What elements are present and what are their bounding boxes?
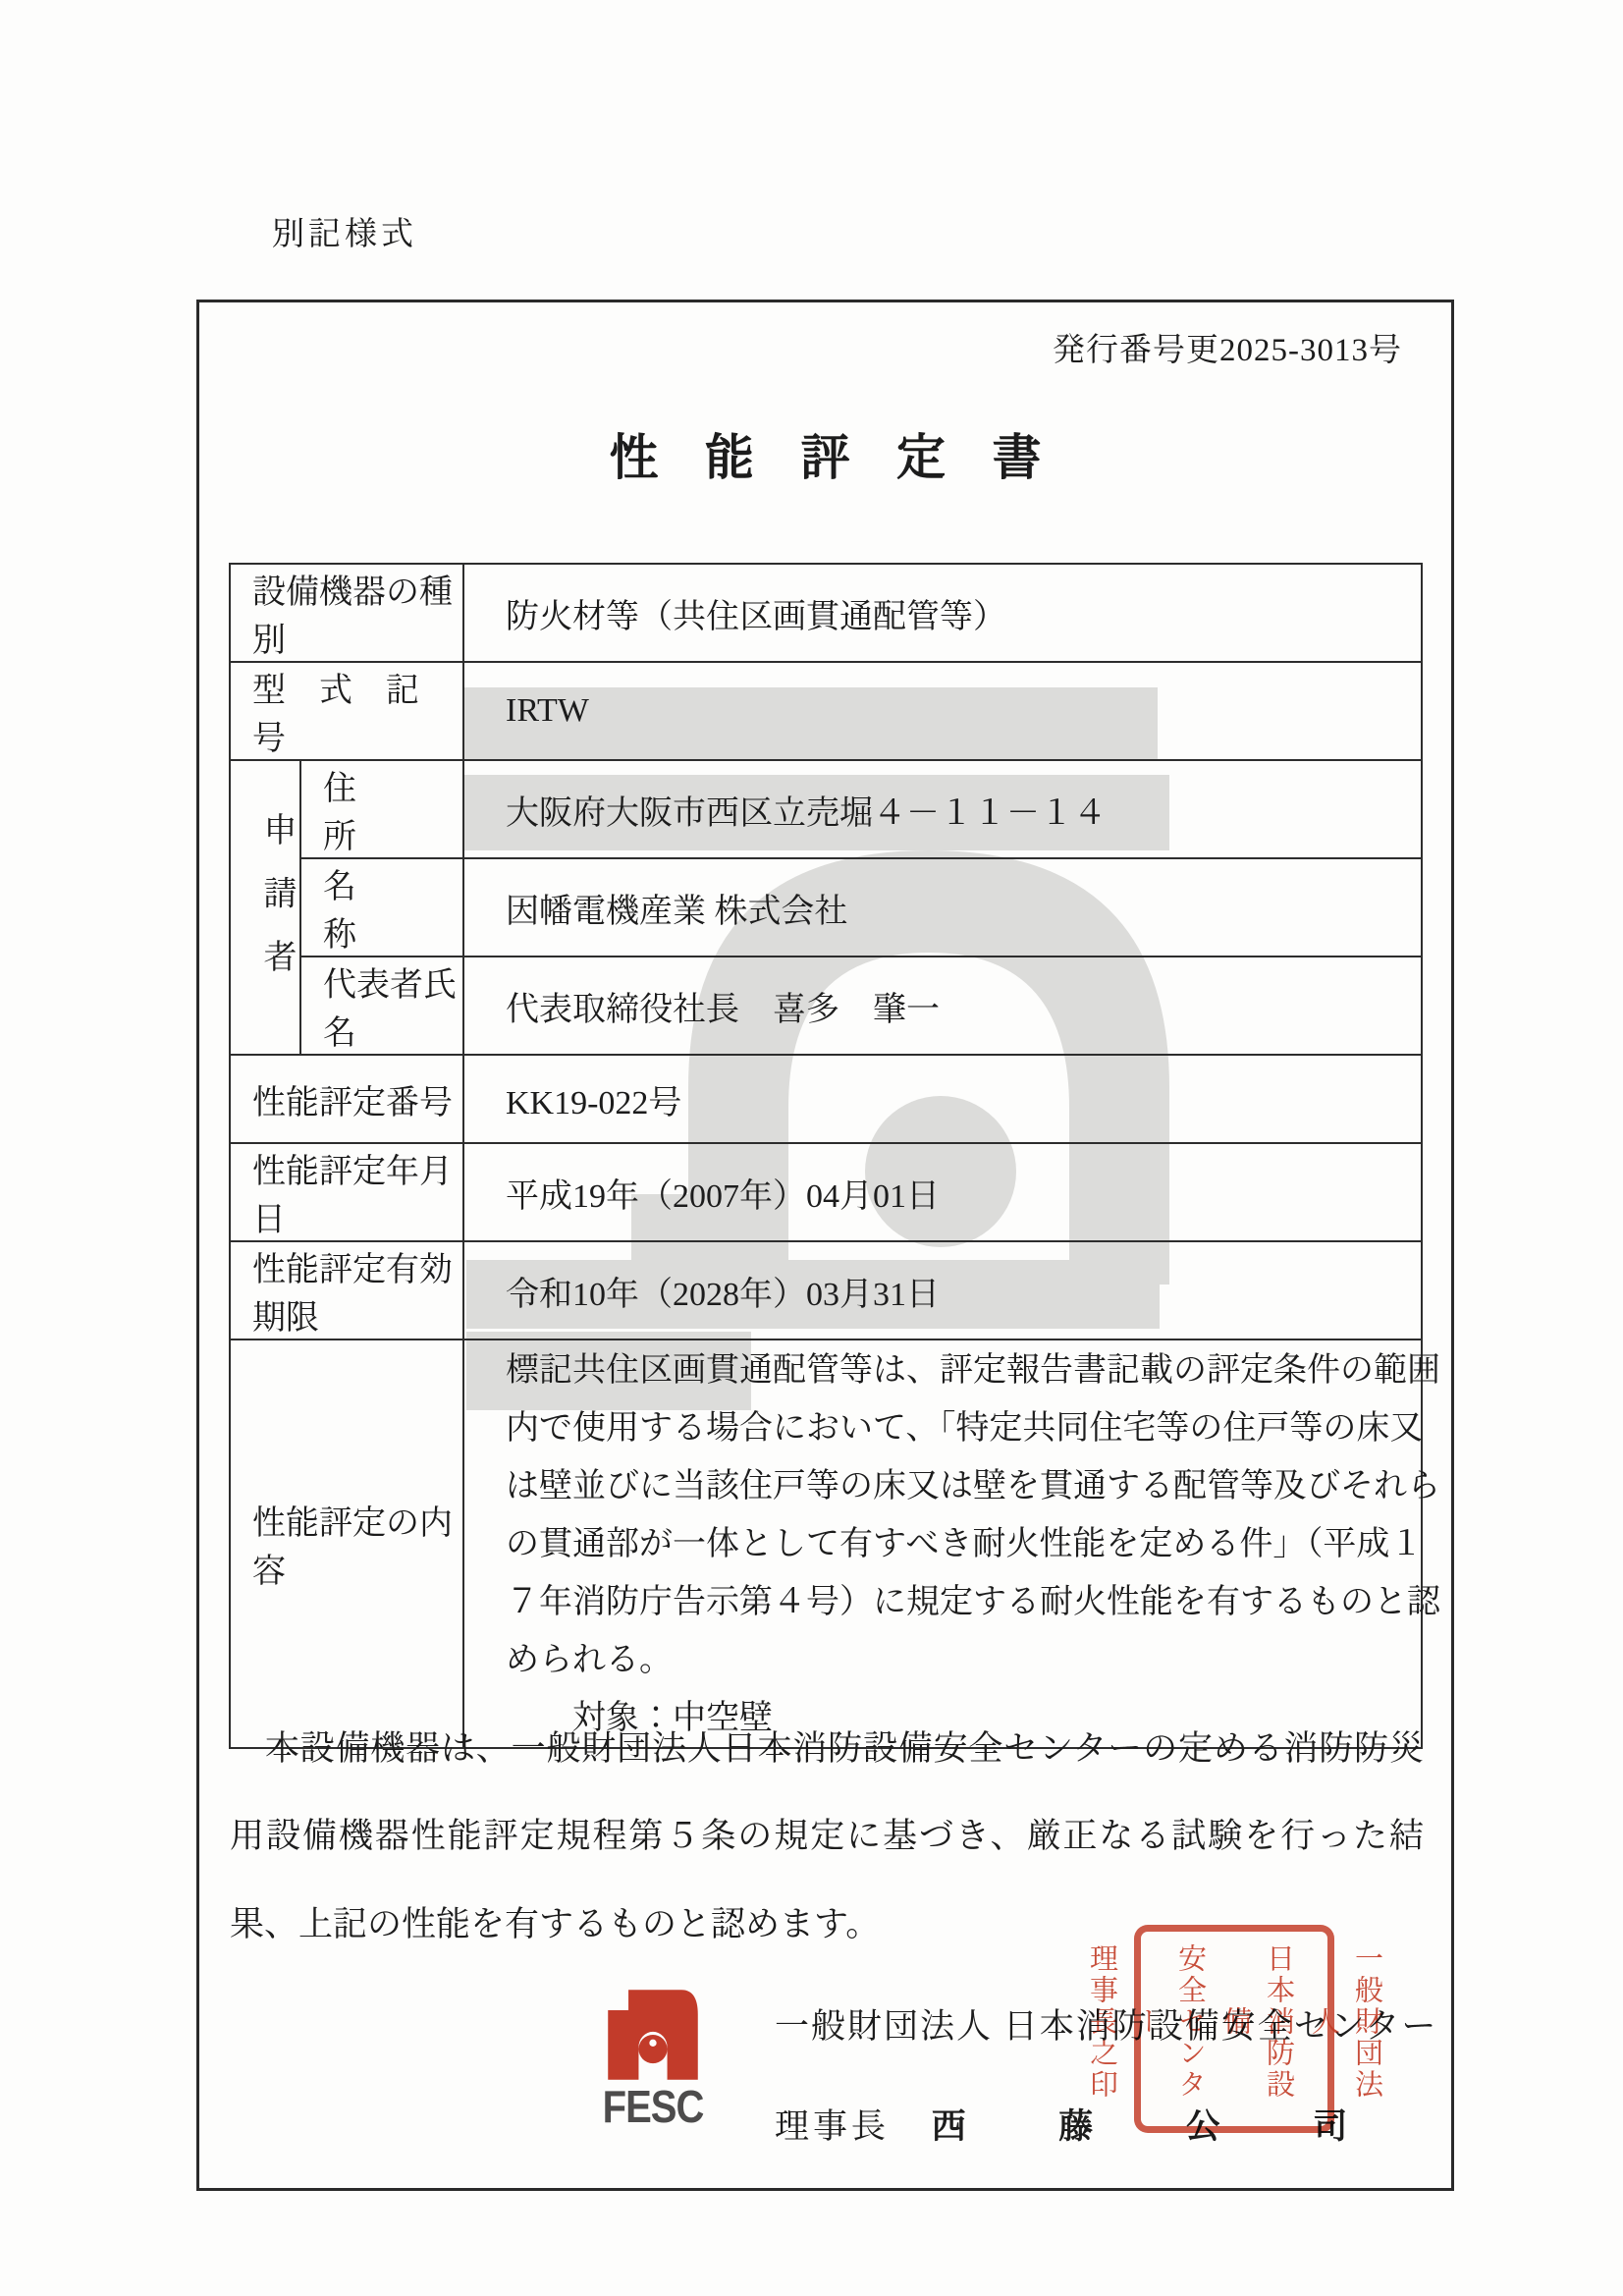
address-label: 住 所 [300,760,463,858]
spec-table: 設備機器の種別 防火材等（共住区画貫通配管等） 型 式 記 号 IRTW 申請者… [229,563,1423,1749]
table-row-applicant-representative: 代表者氏名 代表取締役社長 喜多 肇一 [230,957,1422,1055]
fesc-logo: FESC [590,1984,716,2127]
company-name-label: 名 称 [300,858,463,957]
official-seal: 一般財団法人 日本消防設備 安全センター 理事長之印 [1134,1925,1334,2133]
eval-content-value: 標記共住区画貫通配管等は、評定報告書記載の評定条件の範囲 内で使用する場合におい… [463,1339,1422,1748]
form-style-note: 別記様式 [272,208,417,254]
eval-content-line: 標記共住区画貫通配管等は、評定報告書記載の評定条件の範囲 [506,1341,1421,1399]
table-row-eval-expiry: 性能評定有効期限 令和10年（2028年）03月31日 [230,1241,1422,1339]
eval-date-label: 性能評定年月日 [230,1143,463,1241]
seal-column: 日本消防設備 [1214,1938,1300,2106]
table-row-model-code: 型 式 記 号 IRTW [230,662,1422,760]
equipment-type-label: 設備機器の種別 [230,564,463,662]
certificate-title: 性能評定書 [199,418,1451,489]
eval-content-line: 内で使用する場合において、「特定共同住宅等の住戸等の床又 [506,1399,1421,1457]
address-value: 大阪府大阪市西区立売堀４－１１－１４ [463,760,1422,858]
fesc-logo-icon [602,1984,704,2086]
certificate-page: 別記様式 発行番号更2025-3013号 性能評定書 設備機器の種別 防火材等（… [0,0,1623,2296]
eval-content-line: は壁並びに当該住戸等の床又は壁を貫通する配管等及びそれら [506,1457,1421,1515]
certificate-border: 発行番号更2025-3013号 性能評定書 設備機器の種別 防火材等（共住区画貫… [196,300,1454,2191]
representative-value: 代表取締役社長 喜多 肇一 [463,957,1422,1055]
issuer-president-line: 理事長 西 藤 公 司 [775,2100,1437,2149]
fesc-logo-text: FESC [590,2085,716,2130]
eval-content-line: の貫通部が一体として有すべき耐火性能を定める件」（平成１ [506,1515,1421,1573]
eval-date-value: 平成19年（2007年）04月01日 [463,1143,1422,1241]
eval-content-line: められる。 [506,1631,1421,1689]
eval-number-label: 性能評定番号 [230,1055,463,1143]
table-row-equipment-type: 設備機器の種別 防火材等（共住区画貫通配管等） [230,564,1422,662]
eval-number-value: KK19-022号 [463,1055,1422,1143]
official-seal-text: 一般財団法人 日本消防設備 安全センター 理事長之印 [1078,1938,1390,2106]
seal-column: 理事長之印 [1080,1938,1123,2106]
seal-column: 一般財団法人 [1302,1938,1388,2106]
applicant-group-label: 申請者 [230,760,300,1055]
seal-column: 安全センター [1125,1938,1212,2106]
table-row-eval-content: 性能評定の内容 標記共住区画貫通配管等は、評定報告書記載の評定条件の範囲 内で使… [230,1339,1422,1748]
representative-label: 代表者氏名 [300,957,463,1055]
table-row-applicant-address: 申請者 住 所 大阪府大阪市西区立売堀４－１１－１４ [230,760,1422,858]
issue-number: 発行番号更2025-3013号 [1053,324,1402,370]
eval-content-label: 性能評定の内容 [230,1339,463,1748]
company-name-value: 因幡電機産業 株式会社 [463,858,1422,957]
equipment-type-value: 防火材等（共住区画貫通配管等） [463,564,1422,662]
applicant-vertical-label: 申請者 [252,812,300,1003]
eval-content-line: ７年消防庁告示第４号）に規定する耐火性能を有するものと認 [506,1573,1421,1631]
eval-expiry-label: 性能評定有効期限 [230,1241,463,1339]
eval-expiry-value: 令和10年（2028年）03月31日 [463,1241,1422,1339]
table-row-applicant-name: 名 称 因幡電機産業 株式会社 [230,858,1422,957]
model-code-label: 型 式 記 号 [230,662,463,760]
president-title: 理事長 [775,2107,890,2146]
table-row-eval-number: 性能評定番号 KK19-022号 [230,1055,1422,1143]
model-code-value: IRTW [463,662,1422,760]
table-row-eval-date: 性能評定年月日 平成19年（2007年）04月01日 [230,1143,1422,1241]
